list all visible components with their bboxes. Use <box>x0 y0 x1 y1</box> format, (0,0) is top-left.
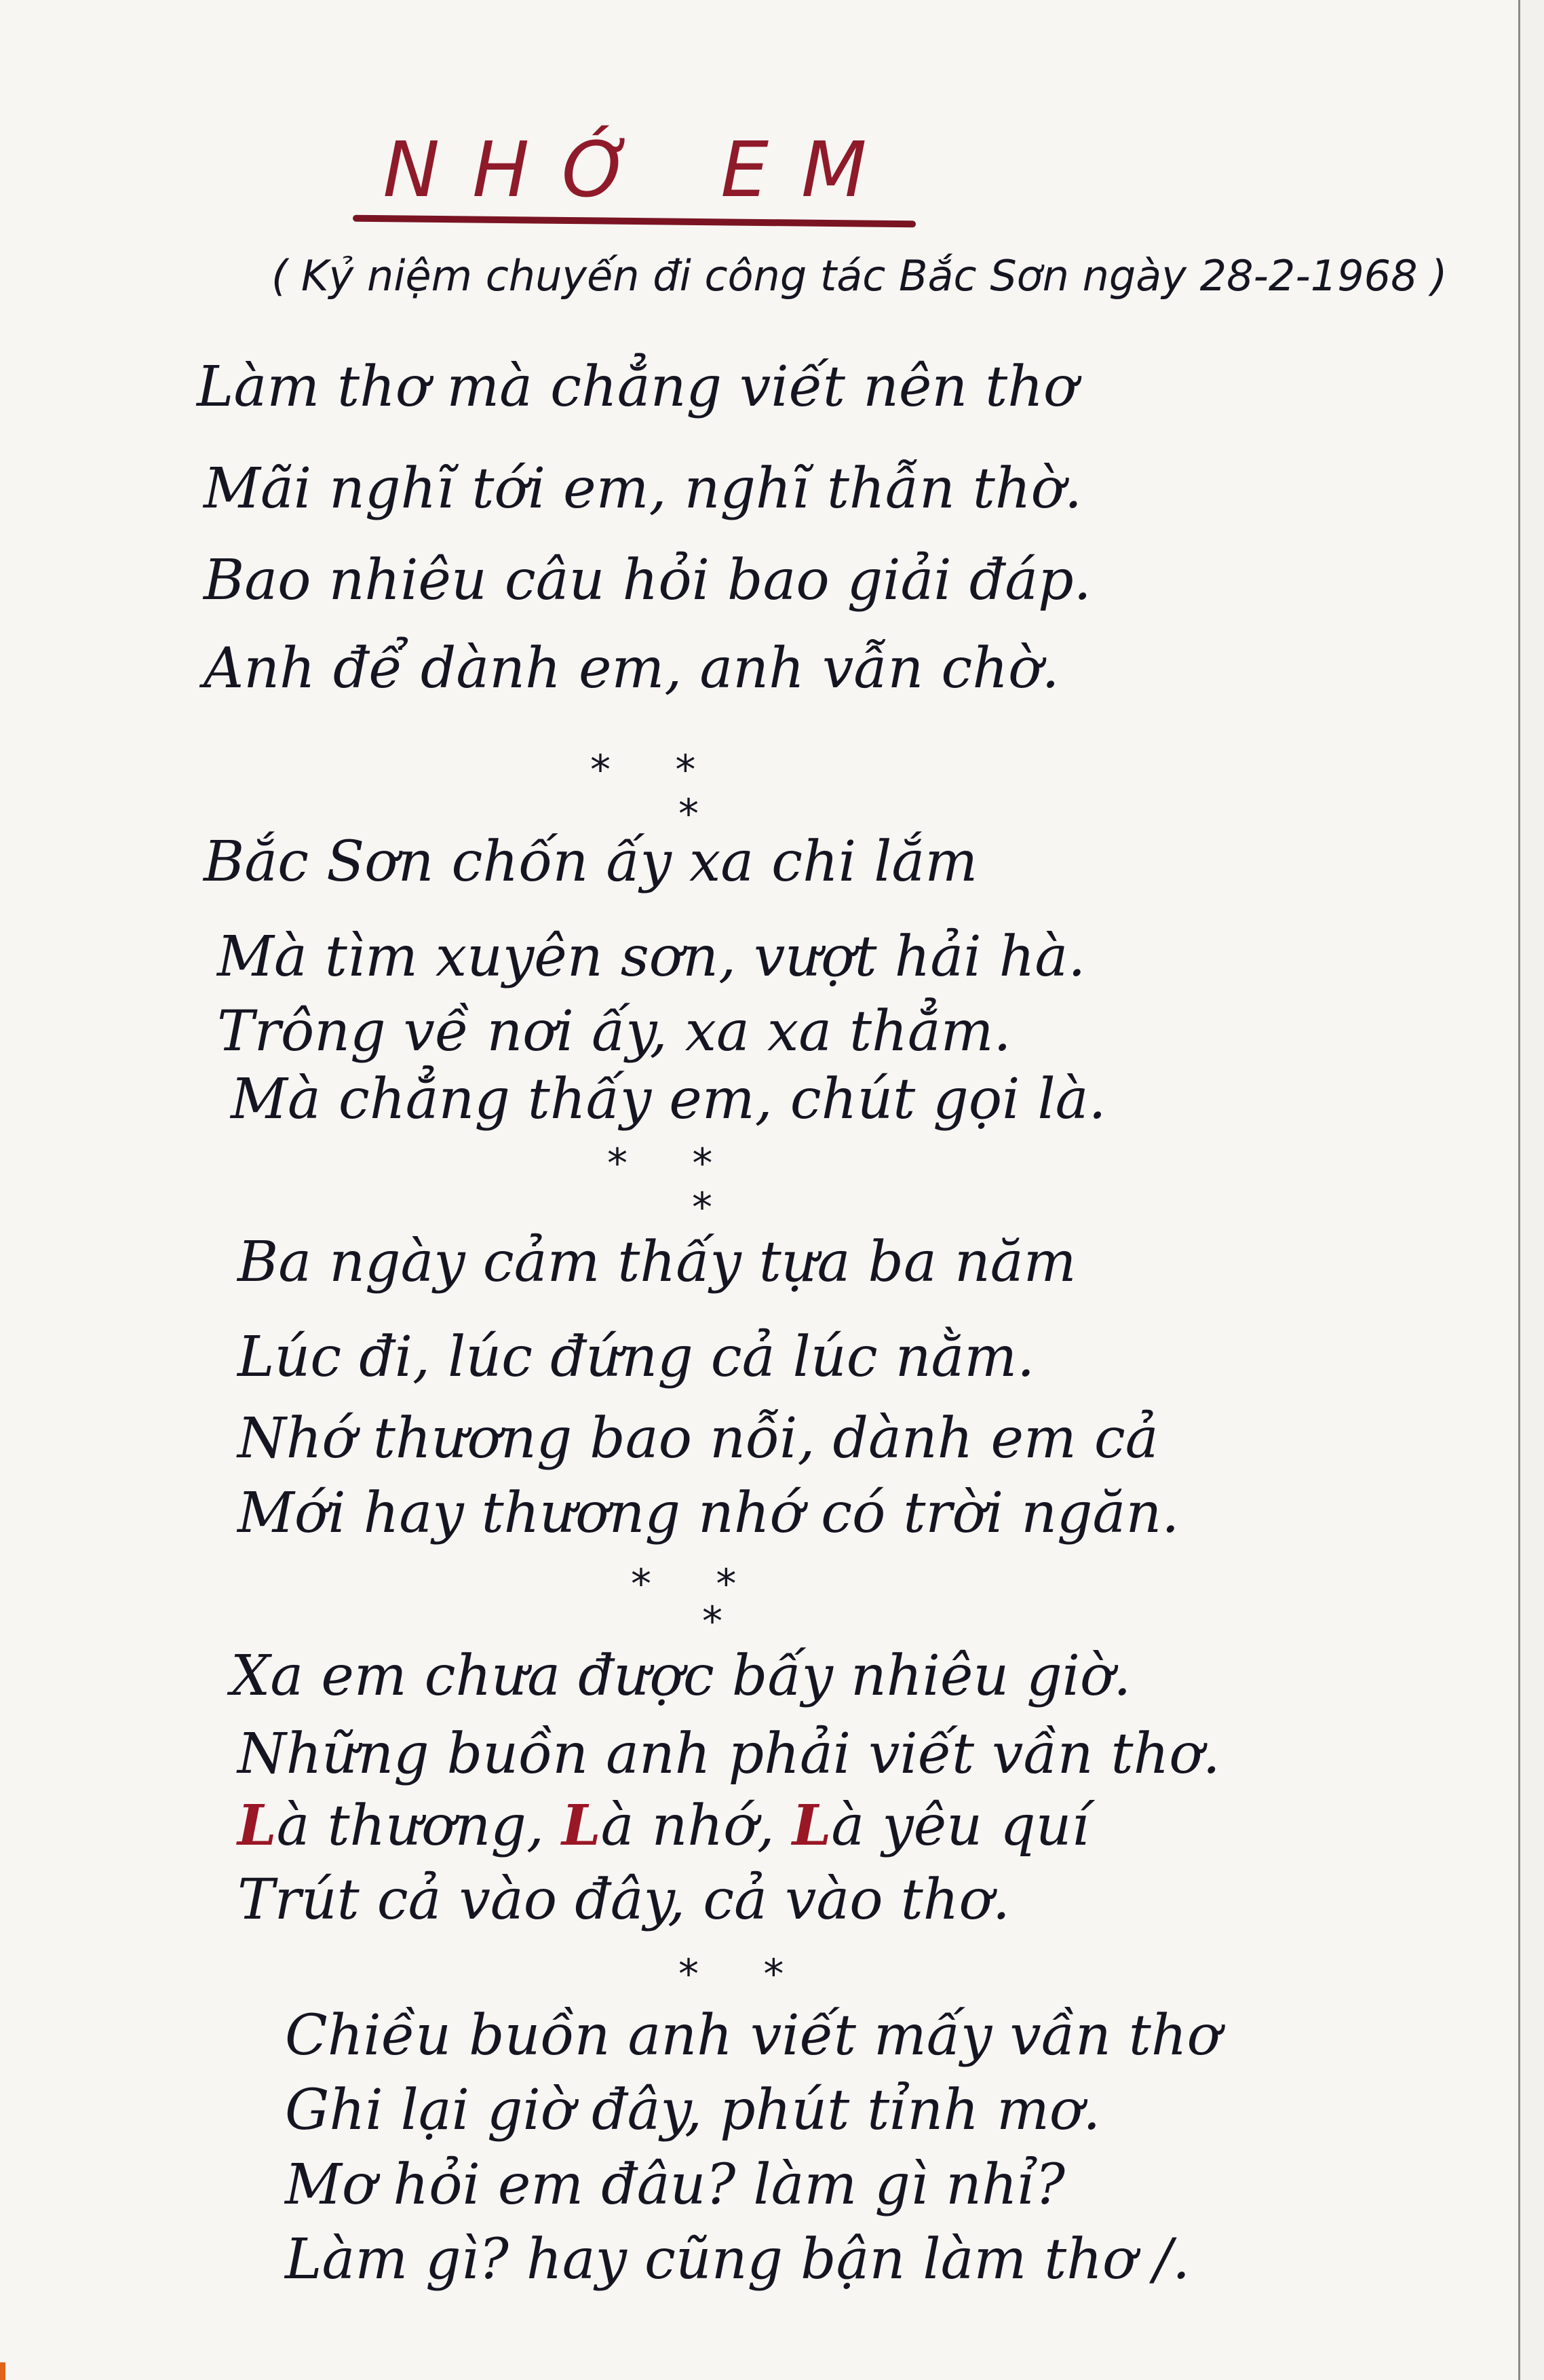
red-initial: L <box>562 1793 601 1858</box>
poem-title: NHỚ EM <box>353 129 929 212</box>
stanza-divider: * <box>692 1184 712 1231</box>
stanza-divider: * * <box>607 1140 712 1187</box>
poem-line: Mà chẳng thấy em, chút gọi là. <box>231 1072 1106 1128</box>
poem-line: Làm gì? hay cũng bận làm thơ /. <box>285 2232 1190 2288</box>
poem-line: Mơ hỏi em đâu? làm gì nhỉ? <box>285 2157 1065 2213</box>
poem-line: Ghi lại giờ đây, phút tỉnh mơ. <box>285 2083 1100 2138</box>
poem-line: Lúc đi, lúc đứng cả lúc nằm. <box>237 1330 1035 1385</box>
title-block: NHỚ EM <box>353 129 929 225</box>
poem-line: Trút cả vào đây, cả vào thơ. <box>237 1873 1010 1928</box>
poem-line: Chiều buồn anh viết mấy vần thơ <box>285 2008 1220 2064</box>
stanza-divider: * * <box>678 1951 784 1998</box>
red-initial: L <box>237 1793 277 1858</box>
poem-line: Trông về nơi ấy, xa xa thẳm. <box>217 1004 1011 1060</box>
poem-line: Mãi nghĩ tới em, nghĩ thẫn thờ. <box>204 461 1082 517</box>
stanza-divider: * <box>702 1598 722 1645</box>
poem-line: Bắc Sơn chốn ấy xa chi lắm <box>204 834 978 890</box>
line-segment: à nhớ, <box>601 1794 792 1858</box>
stanza-divider: * * <box>590 746 695 794</box>
title-underline <box>353 215 916 228</box>
line-segment: à yêu quí <box>831 1794 1089 1858</box>
poem-line: Ba ngày cảm thấy tựa ba năm <box>237 1235 1076 1290</box>
poem-line-red-initials: Là thương, Là nhớ, Là yêu quí <box>237 1798 1089 1854</box>
poem-line: Xa em chưa được bấy nhiêu giờ. <box>231 1649 1131 1704</box>
poem-line: Mà tìm xuyên sơn, vượt hải hà. <box>217 929 1085 985</box>
poem-line: Anh để dành em, anh vẫn chờ. <box>204 641 1060 697</box>
red-initial: L <box>792 1793 832 1858</box>
poem-line: Mới hay thương nhớ có trời ngăn. <box>237 1486 1179 1541</box>
poem-line: Làm thơ mà chẳng viết nên thơ <box>197 360 1077 415</box>
poem-line: Nhớ thương bao nỗi, dành em cả <box>237 1411 1159 1467</box>
scan-corner-mark <box>0 2362 5 2380</box>
page-margin <box>1520 0 1544 2380</box>
poem-subtitle: ( Kỷ niệm chuyến đi công tác Bắc Sơn ngà… <box>271 251 1506 301</box>
line-segment: à thương, <box>277 1794 562 1858</box>
poem-line: Những buồn anh phải viết vần thơ. <box>237 1727 1220 1782</box>
poem-line: Bao nhiêu câu hỏi bao giải đáp. <box>204 553 1092 609</box>
